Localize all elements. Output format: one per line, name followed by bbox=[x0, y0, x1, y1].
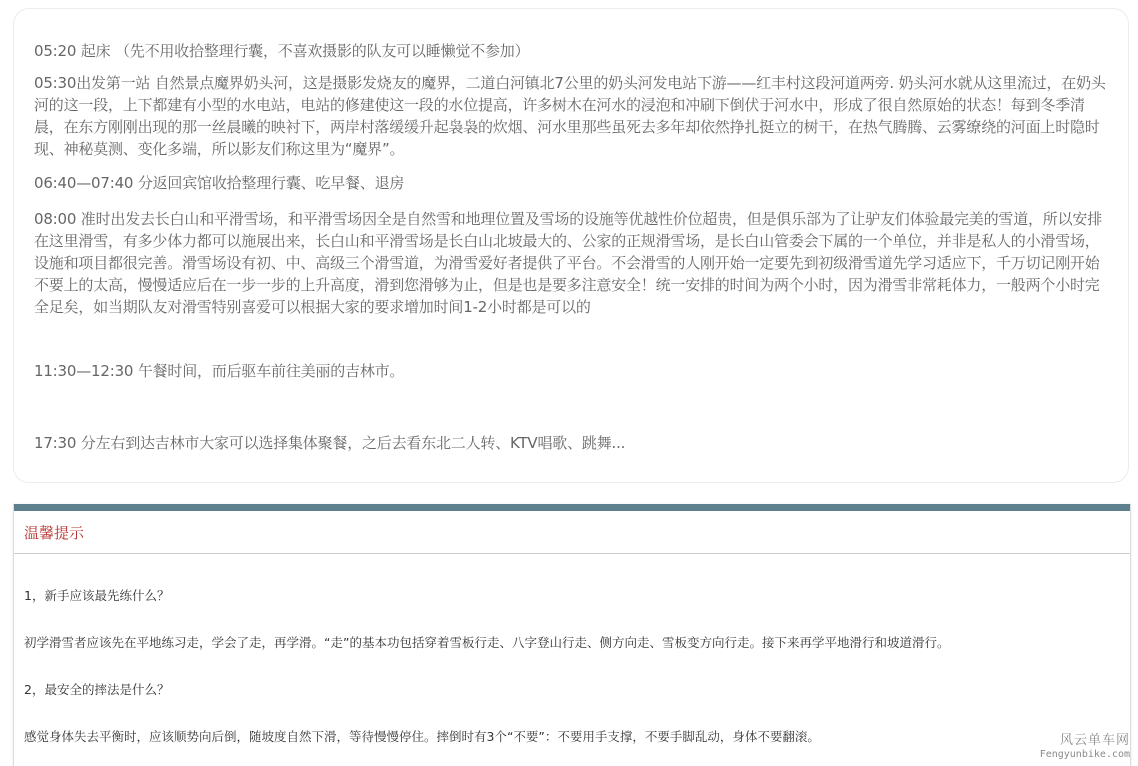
itinerary-paragraph-skiing: 08:00 准时出发去长白山和平滑雪场，和平滑雪场因全是自然雪和地理位置及雪场的… bbox=[34, 208, 1110, 318]
tips-header: 温馨提示 bbox=[14, 511, 1130, 554]
itinerary-paragraph-wakeup: 05:20 起床 （先不用收拾整理行囊，不喜欢摄影的队友可以睡懒觉不参加） bbox=[34, 40, 1110, 62]
itinerary-paragraph-checkout: 06:40—07:40 分返回宾馆收拾整理行囊、吃早餐、退房 bbox=[34, 172, 1110, 194]
itinerary-paragraph-first-stop: 05:30出发第一站 自然景点魔界奶头河，这是摄影发烧友的魔界，二道白河镇北7公… bbox=[34, 72, 1110, 160]
itinerary-paragraph-lunch: 11:30—12:30 午餐时间，而后驱车前往美丽的吉林市。 bbox=[34, 360, 1110, 382]
itinerary-paragraph-evening: 17:30 分左右到达吉林市大家可以选择集体聚餐，之后去看东北二人转、KTV唱歌… bbox=[34, 432, 1110, 454]
watermark-cn: 风云单车网 bbox=[1040, 734, 1130, 748]
site-watermark: 风云单车网 Fengyunbike.com bbox=[1040, 734, 1130, 762]
itinerary-card: 05:20 起床 （先不用收拾整理行囊，不喜欢摄影的队友可以睡懒觉不参加） 05… bbox=[13, 8, 1129, 483]
tips-card: 温馨提示 1，新手应该最先练什么？ 初学滑雪者应该先在平地练习走，学会了走，再学… bbox=[13, 504, 1131, 766]
tips-accent-bar bbox=[14, 504, 1130, 511]
watermark-en: Fengyunbike.com bbox=[1040, 748, 1130, 762]
tip-question-1: 1，新手应该最先练什么？ bbox=[24, 587, 169, 605]
tip-answer-2: 感觉身体失去平衡时，应该顺势向后倒，随坡度自然下滑，等待慢慢停住。摔倒时有3个“… bbox=[24, 728, 820, 746]
tip-question-2: 2，最安全的摔法是什么？ bbox=[24, 681, 169, 699]
tip-answer-1: 初学滑雪者应该先在平地练习走，学会了走，再学滑。“走”的基本功包括穿着雪板行走、… bbox=[24, 634, 949, 652]
tips-title: 温馨提示 bbox=[24, 522, 84, 543]
